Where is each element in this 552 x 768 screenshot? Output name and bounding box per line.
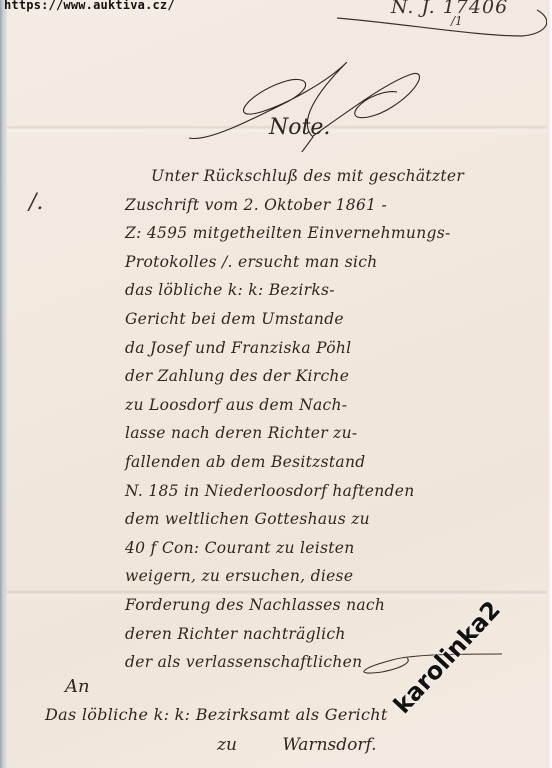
body-line: weigern, zu ersuchen, diese — [125, 562, 525, 591]
body-line: lasse nach deren Richter zu- — [125, 419, 525, 448]
note-title: Note. — [269, 115, 330, 140]
address-recipient: Das löbliche k: k: Bezirksamt als Gerich… — [45, 705, 388, 724]
address-salutation: An — [65, 676, 90, 697]
body-line: Zuschrift vom 2. Oktober 1861 - — [125, 191, 525, 220]
body-line: fallenden ab dem Besitzstand — [125, 448, 525, 477]
url-watermark: https://www.auktiva.cz/ — [4, 0, 175, 12]
handwritten-body: Unter Rückschluß des mit geschätzter Zus… — [125, 162, 525, 677]
scan-left-edge — [0, 0, 7, 768]
body-line: der Zahlung des der Kirche — [125, 362, 525, 391]
reference-sub: /1 — [451, 14, 463, 28]
body-line: 40 f Con: Courant zu leisten — [125, 534, 525, 563]
body-line: Protokolles /. ersucht man sich — [125, 248, 525, 277]
body-line: Gericht bei dem Umstande — [125, 305, 525, 334]
scan-right-edge — [547, 0, 552, 768]
body-line: Forderung des Nachlasses nach — [125, 591, 525, 620]
address-place-line: zu Warnsdorf. — [217, 735, 377, 755]
reference-number: N. J. 17406 — [391, 0, 508, 18]
address-place: Warnsdorf. — [282, 735, 376, 755]
body-line: dem weltlichen Gotteshaus zu — [125, 505, 525, 534]
body-line: Z: 4595 mitgetheilten Einvernehmungs- — [125, 219, 525, 248]
address-preposition: zu — [217, 735, 237, 755]
body-line: da Josef und Franziska Pöhl — [125, 334, 525, 363]
enclosure-mark: /. — [29, 190, 43, 215]
body-line: zu Loosdorf aus dem Nach- — [125, 391, 525, 420]
body-line: Unter Rückschluß des mit geschätzter — [125, 162, 525, 191]
body-line: das löbliche k: k: Bezirks- — [125, 276, 525, 305]
body-line: N. 185 in Niederloosdorf haftenden — [125, 477, 525, 506]
